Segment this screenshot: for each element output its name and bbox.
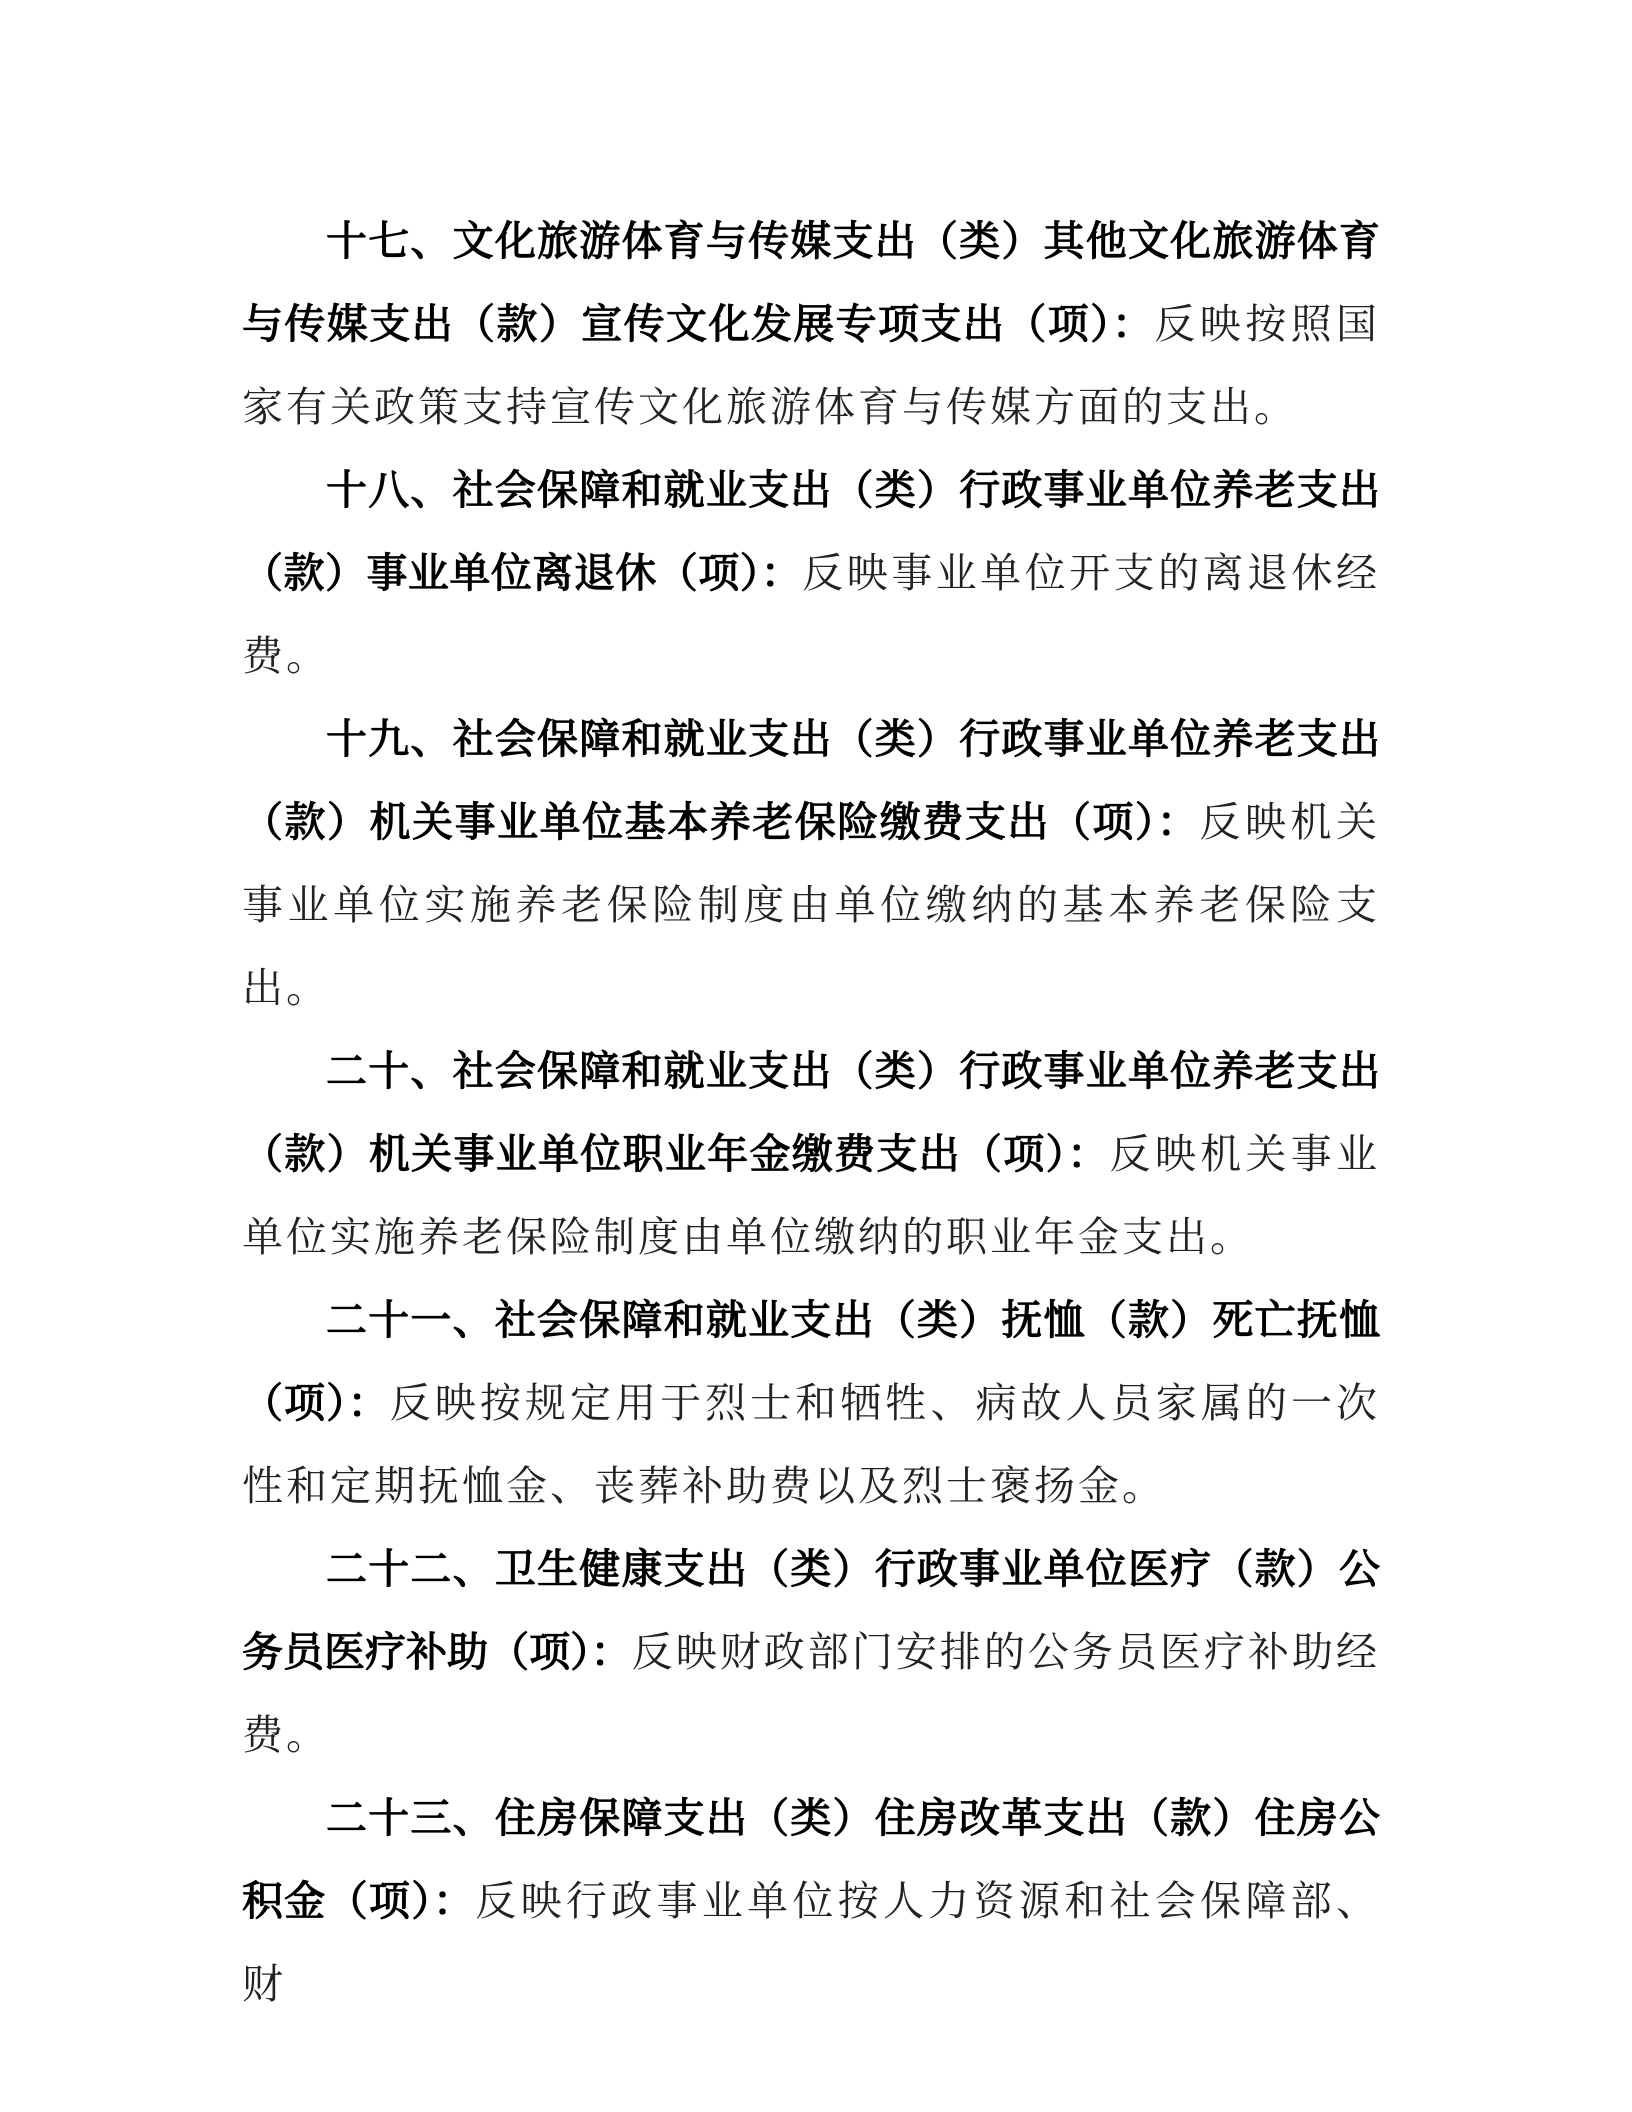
paragraph-23: 二十三、住房保障支出（类）住房改革支出（款）住房公积金（项）：反映行政事业单位按… [242,1777,1380,2026]
paragraph-17: 十七、文化旅游体育与传媒支出（类）其他文化旅游体育与传媒支出（款）宣传文化发展专… [242,200,1380,449]
document-page: 十七、文化旅游体育与传媒支出（类）其他文化旅游体育与传媒支出（款）宣传文化发展专… [242,200,1380,2026]
paragraph-20: 二十、社会保障和就业支出（类）行政事业单位养老支出（款）机关事业单位职业年金缴费… [242,1030,1380,1279]
paragraph-19: 十九、社会保障和就业支出（类）行政事业单位养老支出（款）机关事业单位基本养老保险… [242,698,1380,1030]
paragraph-22: 二十二、卫生健康支出（类）行政事业单位医疗（款）公务员医疗补助（项）：反映财政部… [242,1528,1380,1777]
paragraph-21: 二十一、社会保障和就业支出（类）抚恤（款）死亡抚恤（项）：反映按规定用于烈士和牺… [242,1279,1380,1528]
paragraph-description: 反映按规定用于烈士和牺牲、病故人员家属的一次性和定期抚恤金、丧葬补助费以及烈士褒… [242,1379,1380,1510]
paragraph-18: 十八、社会保障和就业支出（类）行政事业单位养老支出（款）事业单位离退休（项）：反… [242,449,1380,698]
